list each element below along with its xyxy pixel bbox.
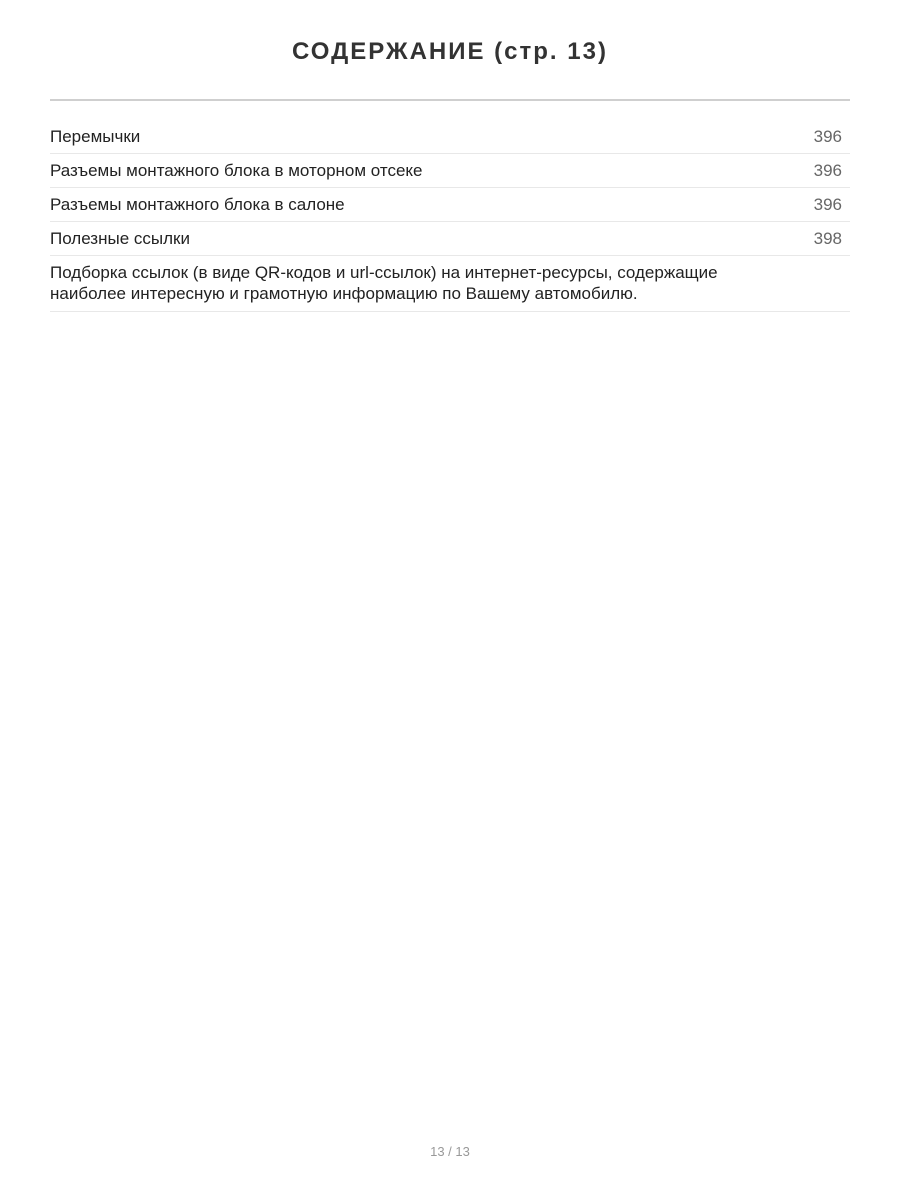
- toc-entry-label: Перемычки: [50, 126, 140, 147]
- toc-entry-label: Разъемы монтажного блока в салоне: [50, 194, 345, 215]
- toc-entry-page: 396: [814, 126, 850, 147]
- table-of-contents: Перемычки 396 Разъемы монтажного блока в…: [50, 120, 850, 312]
- description-text: Подборка ссылок (в виде QR-кодов и url-с…: [50, 262, 790, 304]
- toc-entry-label: Разъемы монтажного блока в моторном отсе…: [50, 160, 423, 181]
- toc-entry[interactable]: Разъемы монтажного блока в салоне 396: [50, 188, 850, 222]
- page-number: 13 / 13: [0, 1144, 900, 1159]
- toc-section-description: Подборка ссылок (в виде QR-кодов и url-с…: [50, 256, 850, 312]
- toc-entry-label: Полезные ссылки: [50, 228, 190, 249]
- toc-entry[interactable]: Полезные ссылки 398: [50, 222, 850, 256]
- toc-entry[interactable]: Разъемы монтажного блока в моторном отсе…: [50, 154, 850, 188]
- toc-entry[interactable]: Перемычки 396: [50, 120, 850, 154]
- page-title: СОДЕРЖАНИЕ (стр. 13): [0, 38, 900, 66]
- toc-entry-page: 396: [814, 160, 850, 181]
- toc-entry-page: 398: [814, 228, 850, 249]
- toc-entry-page: 396: [814, 194, 850, 215]
- title-divider: [50, 99, 850, 101]
